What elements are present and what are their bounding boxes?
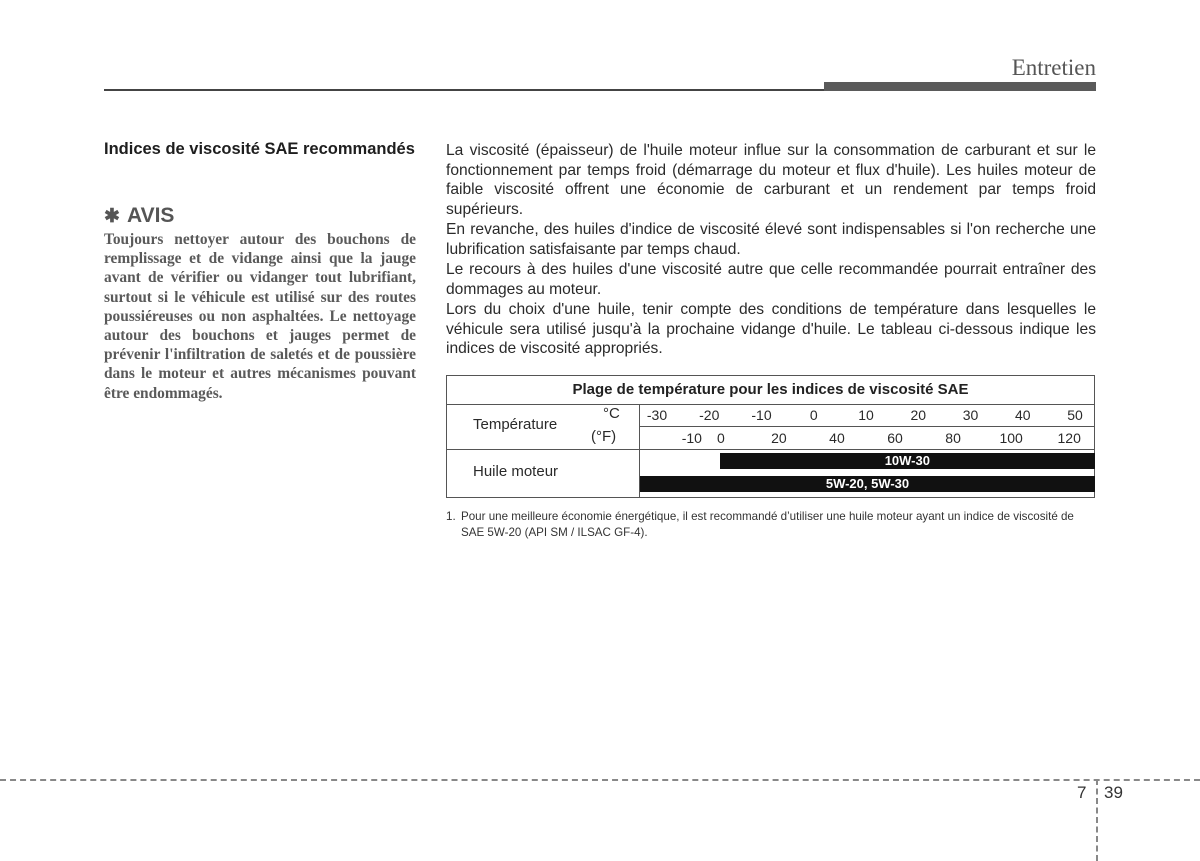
celsius-tick: 30 xyxy=(963,407,979,423)
notice-label: AVIS xyxy=(127,204,174,227)
table-title: Plage de température pour les indices de… xyxy=(447,376,1094,405)
oil-range-bar: 10W-30 xyxy=(720,453,1095,469)
intro-text: La viscosité (épaisseur) de l'huile mote… xyxy=(446,141,1096,360)
temperature-label: Température xyxy=(473,416,557,433)
fahrenheit-tick: 100 xyxy=(999,430,1022,446)
fahrenheit-tick: 80 xyxy=(945,430,961,446)
paragraph: Le recours à des huiles d'une viscosité … xyxy=(446,260,1096,299)
header-rule xyxy=(104,89,826,91)
row-divider xyxy=(640,426,1094,427)
celsius-tick: 50 xyxy=(1067,407,1083,423)
paragraph: Lors du choix d'une huile, tenir compte … xyxy=(446,300,1096,359)
footnote: 1. Pour une meilleure économie énergétiq… xyxy=(446,509,1098,541)
section-heading: Indices de viscosité SAE recommandés xyxy=(104,140,424,158)
paragraph: En revanche, des huiles d'indice de visc… xyxy=(446,220,1096,259)
celsius-tick: -30 xyxy=(647,407,667,423)
oil-label: Huile moteur xyxy=(473,463,558,480)
fahrenheit-tick: -10 xyxy=(682,430,702,446)
footer-rule xyxy=(0,779,1200,781)
fahrenheit-tick: 0 xyxy=(717,430,725,446)
chapter-number: 7 xyxy=(1077,783,1086,803)
celsius-tick: 0 xyxy=(810,407,818,423)
celsius-tick: -20 xyxy=(699,407,719,423)
oil-range-bar: 5W-20, 5W-30 xyxy=(640,476,1095,492)
asterisk-icon: ✱ xyxy=(104,206,120,227)
page-number: 39 xyxy=(1104,783,1123,803)
viscosity-table: Plage de température pour les indices de… xyxy=(446,375,1095,498)
footnote-number: 1. xyxy=(446,509,456,525)
celsius-tick: -10 xyxy=(751,407,771,423)
section-title: Entretien xyxy=(1012,55,1096,81)
celsius-unit: °C xyxy=(603,405,620,422)
paragraph: La viscosité (épaisseur) de l'huile mote… xyxy=(446,141,1096,219)
celsius-tick: 40 xyxy=(1015,407,1031,423)
row-divider xyxy=(447,449,1094,450)
header-rule-thick xyxy=(824,82,1096,91)
notice-title: ✱ AVIS xyxy=(104,204,174,228)
fahrenheit-tick: 120 xyxy=(1058,430,1081,446)
fahrenheit-tick: 40 xyxy=(829,430,845,446)
fahrenheit-unit: (°F) xyxy=(591,428,616,445)
notice-body: Toujours nettoyer autour des bouchons de… xyxy=(104,230,416,403)
fahrenheit-tick: 20 xyxy=(771,430,787,446)
footnote-text: Pour une meilleure économie énergétique,… xyxy=(446,509,1098,541)
celsius-tick: 20 xyxy=(910,407,926,423)
celsius-tick: 10 xyxy=(858,407,874,423)
fahrenheit-tick: 60 xyxy=(887,430,903,446)
footer-divider xyxy=(1096,779,1098,861)
